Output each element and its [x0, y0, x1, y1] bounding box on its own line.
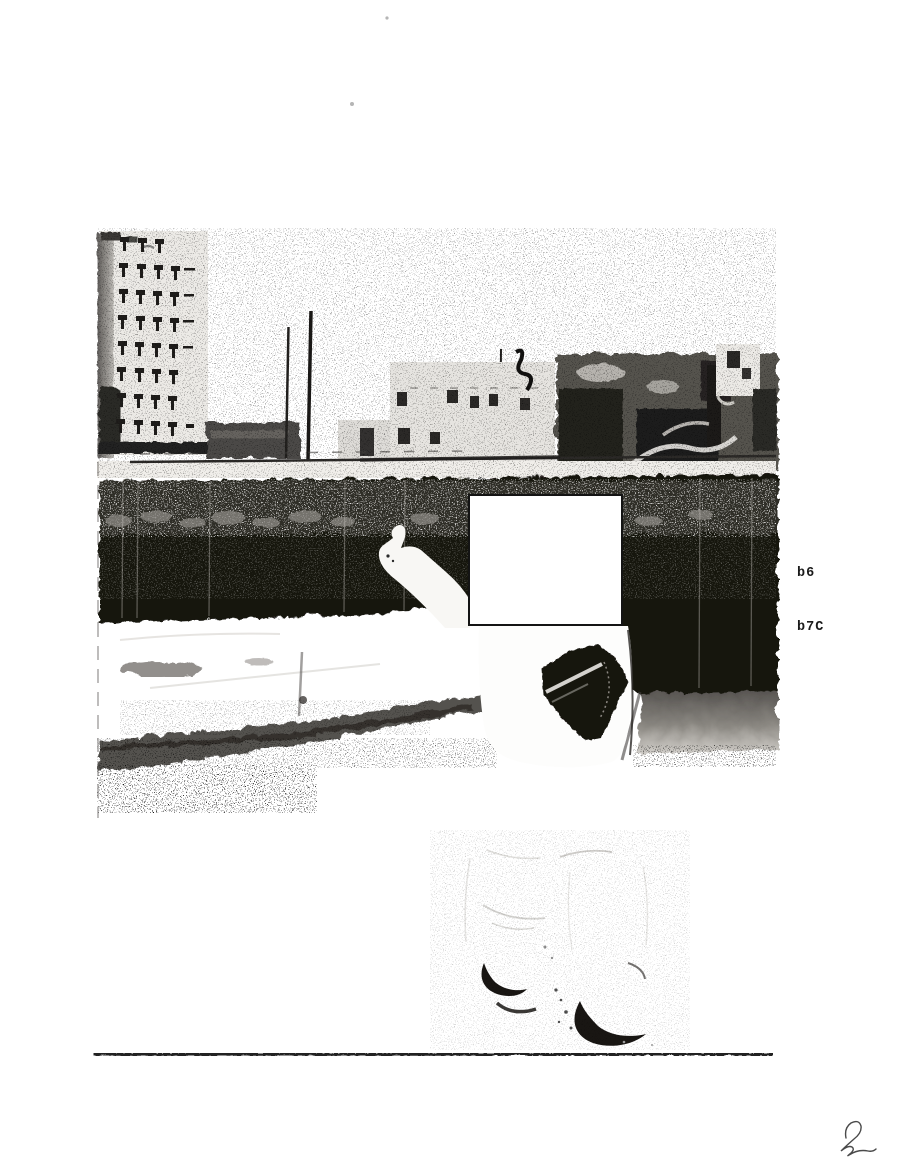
legs-and-sandals [430, 830, 690, 1050]
photograph [97, 228, 776, 1050]
exemption-code-b6: b6 [797, 565, 833, 583]
footer-rule [93, 1054, 772, 1056]
handwritten-page-number: 2 [841, 1122, 876, 1156]
photocopy-grain [97, 228, 776, 478]
redaction-box [468, 494, 623, 626]
exemption-codes: b6 b7C [797, 529, 833, 673]
scanned-document-page: Photocopied rooftop photograph with reda… [0, 0, 904, 1169]
ground-shadow [97, 689, 776, 813]
exemption-code-b7c: b7C [797, 619, 833, 637]
scanned-photocopy-canvas: Photocopied rooftop photograph with reda… [0, 0, 904, 1169]
